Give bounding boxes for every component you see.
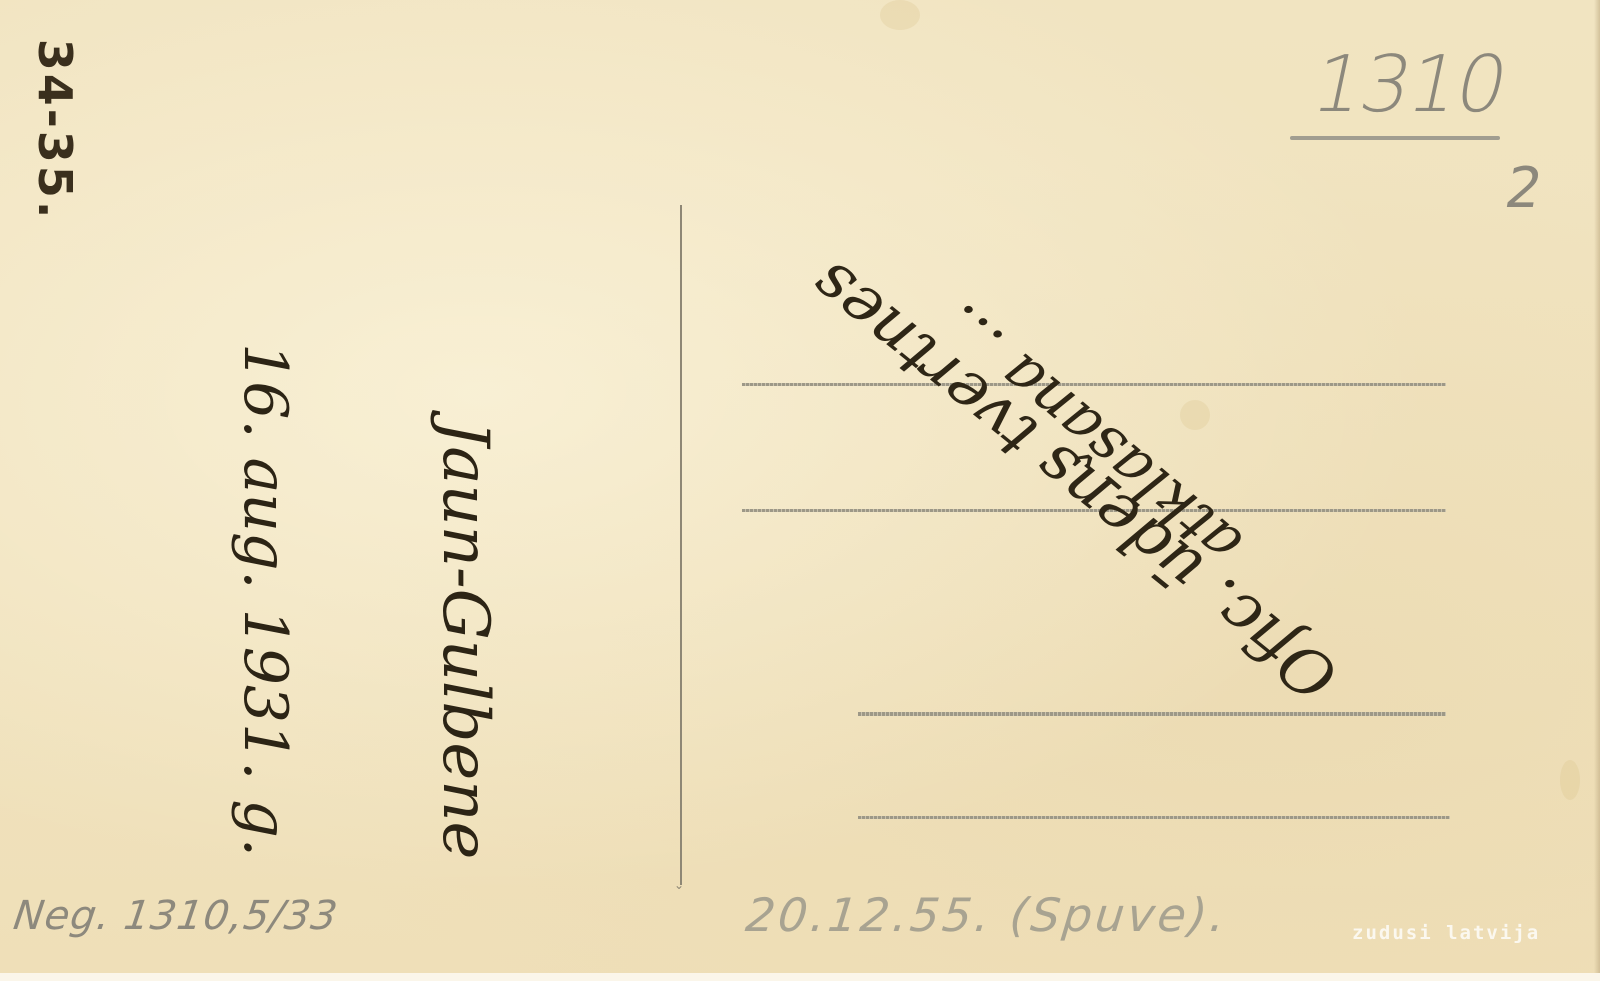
catalog-date-note: 20.12.55. (Spuve).: [743, 888, 1230, 942]
negative-number-note: Neg. 1310,5/33: [11, 893, 341, 939]
archive-number-denominator: 2: [1500, 156, 1547, 221]
paper-stain: [1560, 760, 1580, 800]
handwritten-location-text: Jaun-Gulbene: [428, 421, 502, 860]
handwritten-message: Ofic. ūdens tvertnes atklāšana ...: [560, 60, 1360, 720]
page-range: 34-35.: [10, 20, 100, 240]
message-line-1: Ofic. ūdens tvertnes: [797, 246, 1352, 715]
watermark: zudusi latvija: [1352, 922, 1540, 944]
card-edge: [1594, 0, 1600, 981]
paper-stain: [880, 0, 920, 30]
address-line-4: [858, 816, 1450, 819]
handwritten-date: 16. aug. 1931. g.: [190, 340, 340, 860]
page-range-text: 34-35.: [28, 39, 82, 222]
divider-arrow-icon: ⌄: [674, 878, 684, 892]
scan-margin: [0, 973, 1600, 981]
postcard-back: 1310 2 34-35. 16. aug. 1931. g. Jaun-Gul…: [0, 0, 1600, 981]
handwritten-location: Jaun-Gulbene: [400, 380, 530, 900]
handwritten-date-text: 16. aug. 1931. g.: [230, 343, 300, 857]
